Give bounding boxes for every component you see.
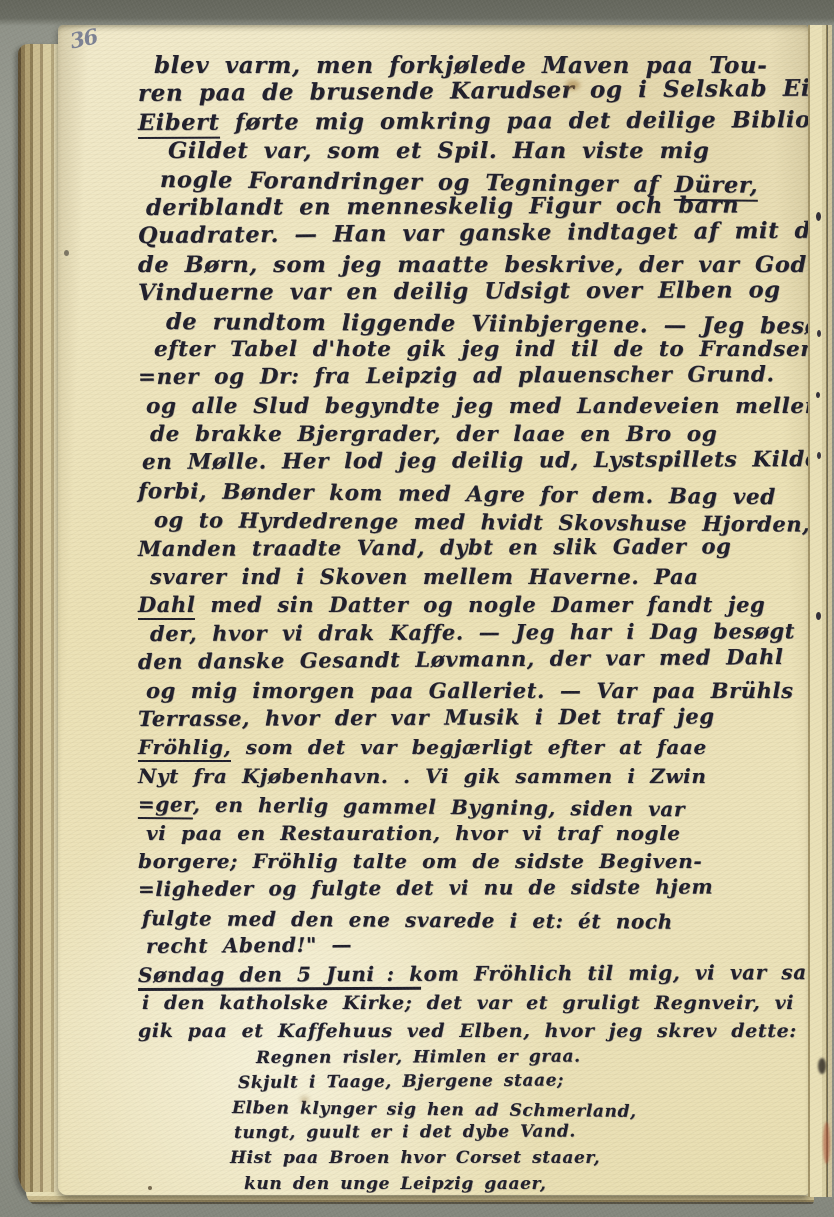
manuscript-line: =ner og Dr: fra Leipzig ad plauenscher G… [138,361,834,393]
next-leaf-fore-edge [808,25,827,1197]
manuscript-line: Terrasse, hvor der var Musik i Det traf … [138,702,834,734]
handwriting-segment: som det var begjærligt efter at faae [231,735,707,759]
handwriting-segment: forbi, Bønder kom med Agre for dem. Bag … [138,479,776,510]
handwriting-segment: Nyt fra Kjøbenhavn. . Vi gik sammen i Zw… [138,764,707,788]
handwriting-segment: og alle Slud begyndte jeg med Landeveien… [146,394,834,419]
manuscript-line: Hist paa Broen hvor Corset staaer, [230,1146,834,1171]
manuscript-line: den danske Gesandt Løvmann, der var med … [138,642,834,676]
handwriting-segment: med sin Datter og nogle Damer fandt jeg [195,592,765,617]
ink-speck [816,612,821,620]
manuscript-line: Manden traadte Vand, dybt en slik Gader … [138,531,834,563]
ink-speck [817,452,821,459]
underlined-word: Dahl [138,592,195,620]
manuscript-line: og mig imorgen paa Galleriet. — Var paa … [146,677,834,705]
handwriting-segment: ren paa de brusende Karudser og i Selska… [138,75,834,108]
handwriting-segment: =ner og Dr: fra Leipzig ad plauenscher G… [138,363,775,391]
manuscript-line: de rundtom liggende Viinbjergene. — Jeg … [166,308,834,341]
handwriting-segment: den danske Gesandt Løvmann, der var med … [138,644,784,674]
handwriting-segment: kun den unge Leipzig gaaer, [244,1174,546,1194]
fox-spot [566,80,580,90]
manuscript-line: ren paa de brusende Karudser og i Selska… [138,75,834,109]
handwriting-segment: Quadrater. — Han var ganske indtaget af … [138,218,834,250]
manuscript-line: Eibert førte mig omkring paa det deilige… [138,106,834,138]
fox-spot [300,1096,309,1103]
manuscript-line: borgere; Fröhlig talte om de sidste Begi… [138,847,834,875]
handwriting-segment: svarer ind i Skoven mellem Haverne. Paa [150,564,698,589]
ink-speck [816,212,821,221]
handwriting-segment: Manden traadte Vand, dybt en slik Gader … [138,533,731,561]
manuscript-line: svarer ind i Skoven mellem Haverne. Paa [150,563,834,591]
handwriting-segment: , en herlig gammel Bygning, siden var [193,793,685,822]
manuscript-line: Skjult i Taage, Bjergene staae; [238,1066,834,1096]
handwriting-segment: : kom Fröhlich til mig, vi var sammen [387,959,834,985]
handwriting-segment: Terrasse, hvor der var Musik i Det traf … [138,703,715,731]
handwriting-segment: der, hvor vi drak Kaffe. — Jeg har i Dag… [150,618,795,646]
manuscript-line: =ligheder og fulgte det vi nu de sidste … [138,872,834,904]
manuscript-line: de brakke Bjergrader, der laae en Bro og [150,421,834,449]
manuscript-scan: blev varm, men forkjølede Maven paa Tou-… [0,0,834,1217]
ink-smudge [818,1058,826,1074]
underlined-word: Fröhlig, [138,735,231,762]
handwriting-segment: =ligheder og fulgte det vi nu de sidste … [138,875,713,902]
underlined-word: Søndag den 5 Juni [138,961,421,990]
manuscript-line: Søndag den 5 Juni: kom Fröhlich til mig,… [138,957,834,989]
handwriting-segment: og mig imorgen paa Galleriet. — Var paa … [146,678,794,703]
ink-dot [148,1186,152,1190]
manuscript-line: og alle Slud begyndte jeg med Landeveien… [146,393,834,421]
manuscript-page: blev varm, men forkjølede Maven paa Tou-… [58,25,808,1195]
handwriting-segment: de Børn, som jeg maatte beskrive, der va… [138,252,834,278]
manuscript-line: gik paa et Kaffehuus ved Elben, hvor jeg… [138,1017,834,1045]
manuscript-line: Gildet var, som et Spil. Han viste mig [168,137,834,165]
handwriting-segment: Skjult i Taage, Bjergene staae; [238,1070,564,1093]
manuscript-line: recht Abend!" — [146,926,834,960]
handwriting-segment: Gildet var, som et Spil. Han viste mig [168,138,709,164]
handwriting-segment: de rundtom liggende Viinbjergene. — Jeg … [166,309,834,340]
manuscript-line: Fröhlig, som det var begjærligt efter at… [138,733,834,761]
manuscript-line: Vinduerne var en deilig Udsigt over Elbe… [138,276,834,308]
manuscript-line: i den katholske Kirke; det var et grulig… [142,989,834,1017]
handwriting-segment: recht Abend!" — [146,932,352,958]
handwriting-segment: førte mig omkring paa det deilige Biblio… [220,107,834,136]
manuscript-line: kun den unge Leipzig gaaer, [244,1172,834,1197]
manuscript-line: Quadrater. — Han var ganske indtaget af … [138,217,834,251]
handwriting-segment: gik paa et Kaffehuus ved Elben, hvor jeg… [138,1020,797,1042]
ink-speck [816,392,820,398]
handwriting-segment: Regnen risler, Himlen er graa. [256,1046,581,1067]
handwriting-segment: deriblandt en menneskelig Figur och barn [146,192,739,221]
handwriting-segment: Hist paa Broen hvor Corset staaer, [230,1148,600,1168]
handwriting-segment: efter Tabel d'hote gik jeg ind til de to… [154,337,826,362]
handwriting-segment: Elben klynger sig hen ad Schmerland, [232,1098,637,1122]
handwriting-segment: en Mølle. Her lod jeg deilig ud, Lystspi… [142,448,819,476]
manuscript-text: blev varm, men forkjølede Maven paa Tou-… [138,52,834,1197]
manuscript-line: tungt, guult er i det dybe Vand. [234,1118,834,1146]
handwriting-segment: tungt, guult er i det dybe Vand. [234,1122,576,1143]
handwriting-segment: de brakke Bjergrader, der laae en Bro og [150,422,717,447]
page-edge-sliver [827,25,834,1197]
ink-speck [817,330,821,337]
underlined-word: Eibert [138,109,220,138]
manuscript-line: Dahl med sin Datter og nogle Damer fandt… [138,591,834,619]
handwriting-segment: i den katholske Kirke; det var et grulig… [142,992,794,1014]
manuscript-line: Nyt fra Kjøbenhavn. . Vi gik sammen i Zw… [138,762,834,790]
handwriting-segment: Vinduerne var en deilig Udsigt over Elbe… [138,277,781,306]
handwriting-segment: vi paa en Restauration, hvor vi traf nog… [146,821,681,845]
manuscript-line: de Børn, som jeg maatte beskrive, der va… [138,251,834,279]
pencil-dot [64,250,69,256]
handwriting-segment: borgere; Fröhlig talte om de sidste Begi… [138,849,702,873]
manuscript-line: en Mølle. Her lod jeg deilig ud, Lystspi… [142,446,834,478]
red-stain [823,1122,830,1164]
underlined-word: =ger [138,792,193,820]
